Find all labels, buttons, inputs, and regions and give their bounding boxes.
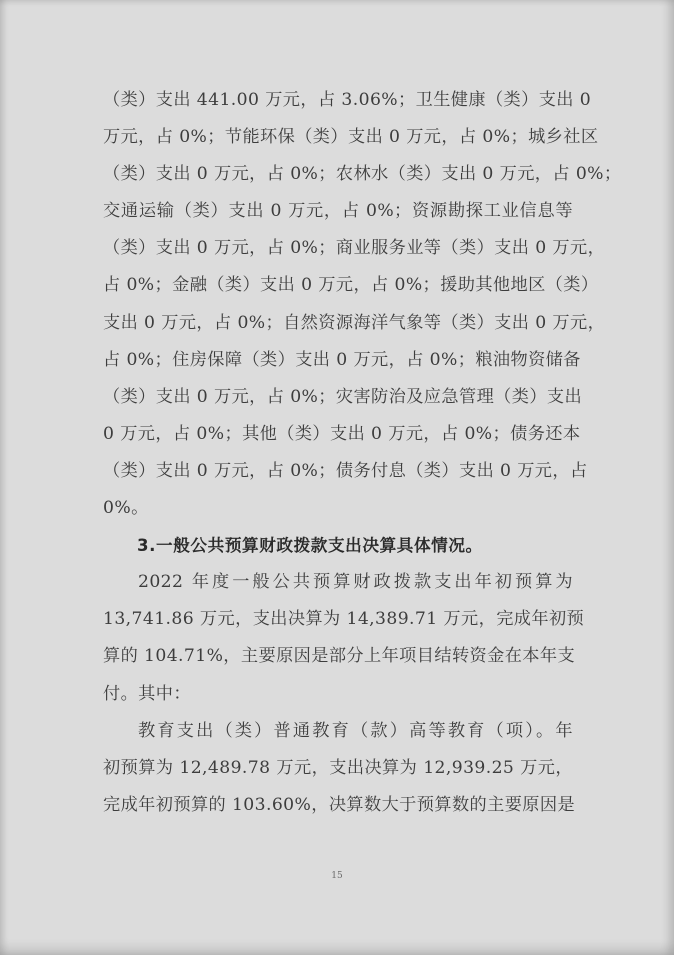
text-line: 0 万元，占 0%；其他（类）支出 0 万元，占 0%；债务还本 — [103, 416, 573, 453]
section-heading: 3.一般公共预算财政拨款支出决算具体情况。 — [103, 527, 573, 564]
continued-paragraph: （类）支出 441.00 万元，占 3.06%；卫生健康（类）支出 0 万元，占… — [103, 82, 573, 527]
text-line: （类）支出 0 万元，占 0%；灾害防治及应急管理（类）支出 — [103, 379, 573, 416]
text-line: 13,741.86 万元，支出决算为 14,389.71 万元，完成年初预 — [103, 601, 573, 638]
document-body: （类）支出 441.00 万元，占 3.06%；卫生健康（类）支出 0 万元，占… — [103, 82, 573, 824]
detail-paragraph: 教育支出（类）普通教育（款）高等教育（项）。年 初预算为 12,489.78 万… — [103, 713, 573, 824]
page-number: 15 — [0, 871, 674, 881]
document-page: （类）支出 441.00 万元，占 3.06%；卫生健康（类）支出 0 万元，占… — [0, 0, 674, 955]
text-line: 初预算为 12,489.78 万元，支出决算为 12,939.25 万元， — [103, 750, 573, 787]
text-line: 2022 年度一般公共预算财政拨款支出年初预算为 — [103, 564, 573, 601]
text-line: （类）支出 0 万元，占 0%；债务付息（类）支出 0 万元，占 — [103, 453, 573, 490]
text-line: 完成年初预算的 103.60%，决算数大于预算数的主要原因是 — [103, 787, 573, 824]
text-line: （类）支出 441.00 万元，占 3.06%；卫生健康（类）支出 0 — [103, 82, 573, 119]
text-line: 付。其中： — [103, 676, 573, 713]
text-line: 教育支出（类）普通教育（款）高等教育（项）。年 — [103, 713, 573, 750]
text-line: 0%。 — [103, 490, 573, 527]
text-line: 交通运输（类）支出 0 万元，占 0%；资源勘探工业信息等 — [103, 193, 573, 230]
summary-paragraph: 2022 年度一般公共预算财政拨款支出年初预算为 13,741.86 万元，支出… — [103, 564, 573, 712]
text-line: 万元，占 0%；节能环保（类）支出 0 万元，占 0%；城乡社区 — [103, 119, 573, 156]
text-line: （类）支出 0 万元，占 0%；农林水（类）支出 0 万元，占 0%； — [103, 156, 573, 193]
text-line: 占 0%；住房保障（类）支出 0 万元，占 0%；粮油物资储备 — [103, 342, 573, 379]
text-line: （类）支出 0 万元，占 0%；商业服务业等（类）支出 0 万元， — [103, 230, 573, 267]
text-line: 占 0%；金融（类）支出 0 万元，占 0%；援助其他地区（类） — [103, 267, 573, 304]
text-line: 支出 0 万元，占 0%；自然资源海洋气象等（类）支出 0 万元， — [103, 305, 573, 342]
text-line: 算的 104.71%，主要原因是部分上年项目结转资金在本年支 — [103, 638, 573, 675]
